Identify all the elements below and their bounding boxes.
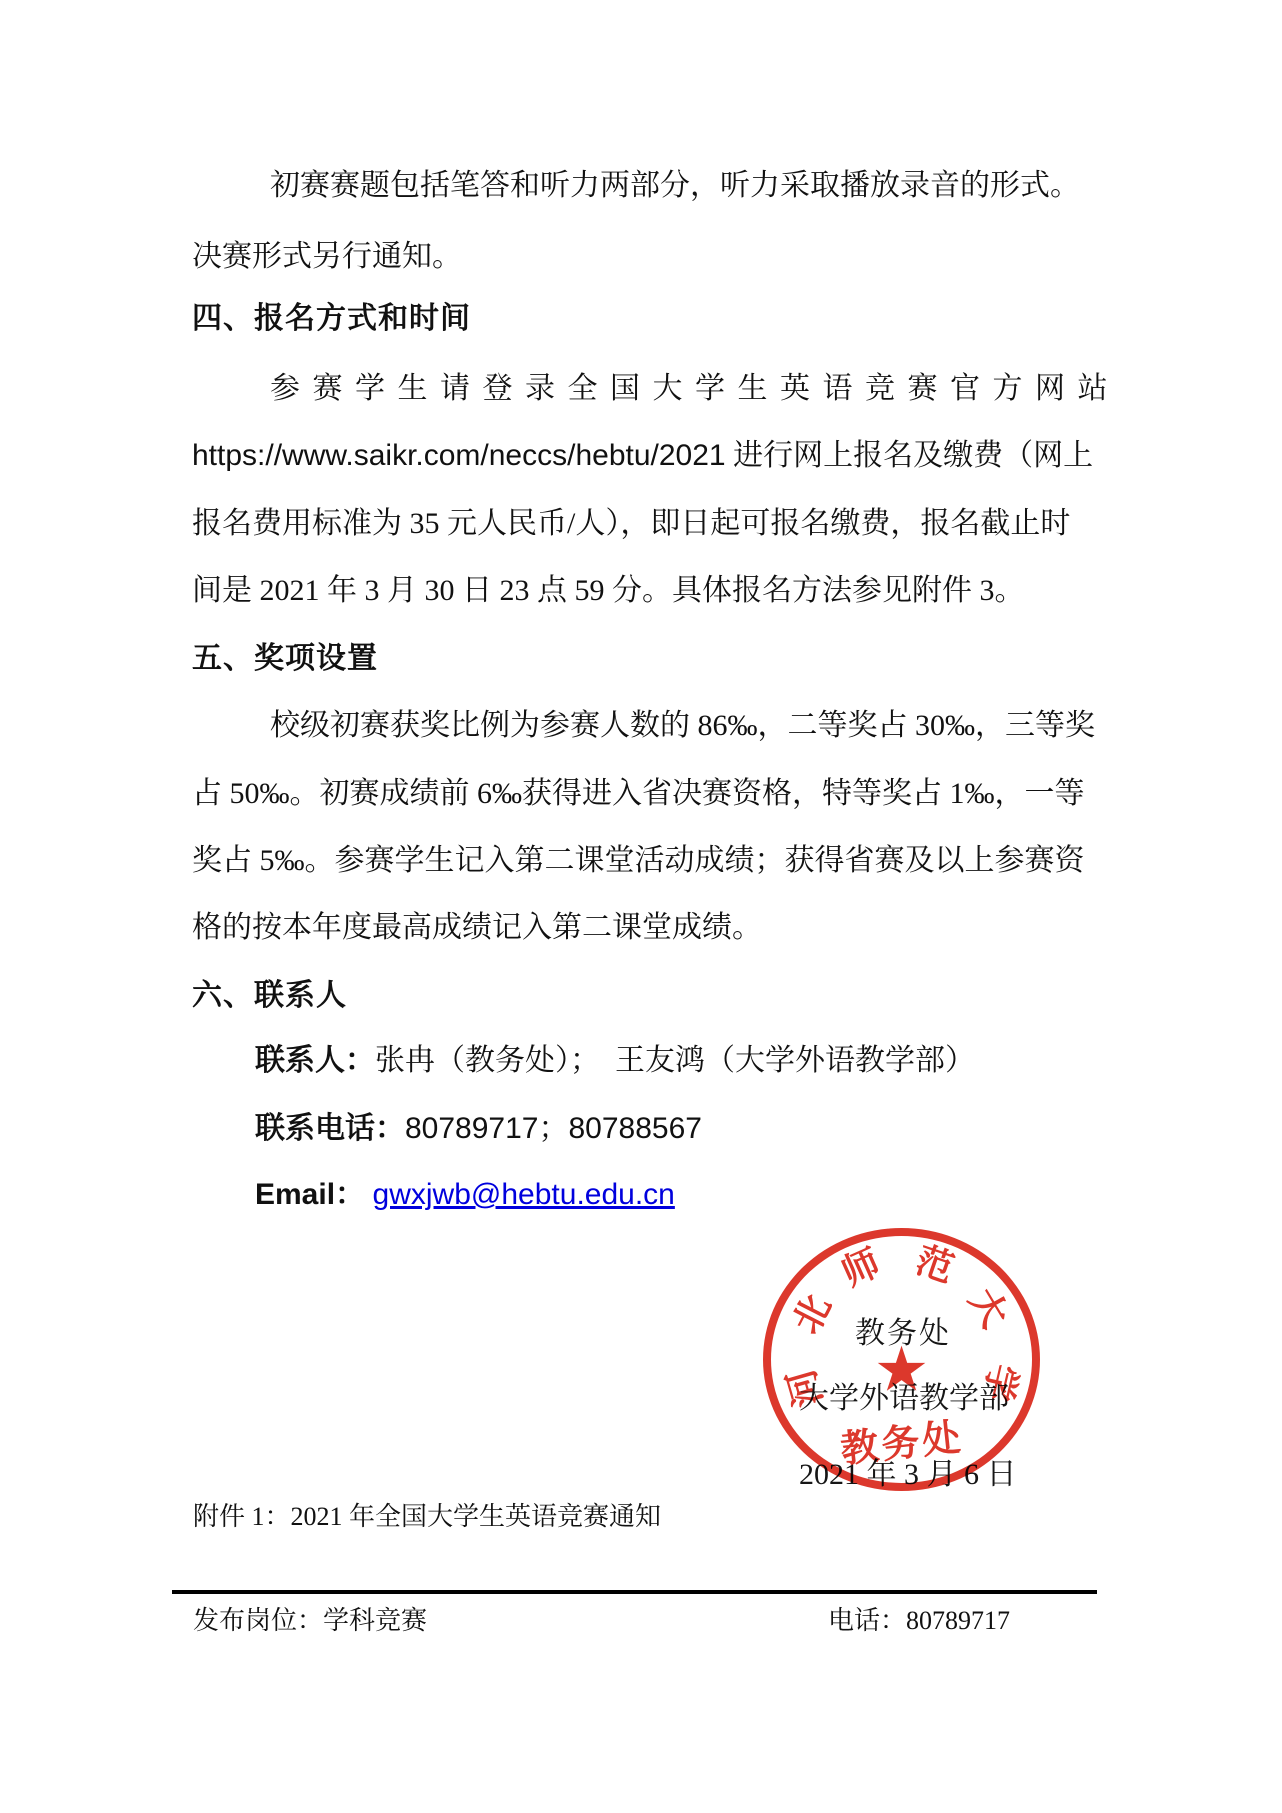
body-line: 占 50‰。初赛成绩前 6‰获得进入省决赛资格，特等奖占 1‰，一等 — [192, 777, 1085, 812]
section-heading-awards: 五、奖项设置 — [192, 642, 378, 677]
body-line: 间是 2021 年 3 月 30 日 23 点 59 分。具体报名方法参见附件 … — [192, 574, 1025, 609]
body-line: 决赛形式另行通知。 — [192, 240, 462, 275]
body-line: 参赛学生请登录全国大学生英语竞赛官方网站 — [270, 372, 1120, 407]
section-heading-registration: 四、报名方式和时间 — [192, 302, 471, 337]
body-line-url: https://www.saikr.com/neccs/hebtu/2021 进… — [192, 439, 1093, 474]
seal-star-icon: ★ — [874, 1338, 930, 1400]
body-line: 初赛赛题包括笔答和听力两部分，听力采取播放录音的形式。 — [270, 169, 1080, 204]
seal-arc-char: 河 — [782, 1364, 828, 1410]
attachment-line: 附件 1：2021 年全国大学生英语竞赛通知 — [193, 1502, 661, 1532]
contact-person-value: 张冉（教务处）； 王友鸿（大学外语教学部） — [375, 1044, 975, 1077]
seal-arc-char: 学 — [978, 1360, 1022, 1404]
official-seal: 河 北 师 范 大 学 ★ 教务处 — [763, 1228, 1040, 1491]
seal-arc-char: 北 — [787, 1289, 837, 1339]
footer-right: 电话：80789717 — [828, 1606, 1010, 1636]
seal-arc-char: 师 — [836, 1243, 885, 1292]
section-heading-contacts: 六、联系人 — [192, 979, 347, 1014]
contact-person-label: 联系人： — [255, 1044, 375, 1077]
contact-phone-value: 80789717；80788567 — [405, 1112, 702, 1145]
body-line: 报名费用标准为 35 元人民币/人），即日起可报名缴费，报名截止时 — [192, 507, 1070, 542]
body-line-fragment: 进行网上报名及缴费（网上 — [726, 439, 1094, 472]
body-line: 校级初赛获奖比例为参赛人数的 86‰，二等奖占 30‰，三等奖 — [270, 709, 1095, 744]
body-line: 格的按本年度最高成绩记入第二课堂成绩。 — [192, 911, 762, 946]
seal-arc-char: 范 — [911, 1240, 958, 1287]
seal-office-label: 教务处 — [838, 1418, 964, 1469]
contact-email-label: Email： — [255, 1178, 365, 1211]
document-page: 初赛赛题包括笔答和听力两部分，听力采取播放录音的形式。 决赛形式另行通知。 四、… — [0, 0, 1282, 1813]
seal-arc-char: 大 — [963, 1282, 1014, 1333]
body-line: 奖占 5‰。参赛学生记入第二课堂活动成绩；获得省赛及以上参赛资 — [192, 844, 1085, 879]
footer-left: 发布岗位：学科竞赛 — [193, 1606, 427, 1636]
contact-phone-line: 联系电话：80789717；80788567 — [255, 1112, 702, 1147]
footer-divider — [172, 1590, 1097, 1594]
contact-phone-label: 联系电话： — [255, 1112, 405, 1145]
contact-person-line: 联系人：张冉（教务处）； 王友鸿（大学外语教学部） — [255, 1044, 975, 1079]
registration-url: https://www.saikr.com/neccs/hebtu/2021 — [192, 439, 726, 472]
contact-email-line: Email： gwxjwb@hebtu.edu.cn — [255, 1178, 675, 1213]
email-link[interactable]: gwxjwb@hebtu.edu.cn — [373, 1178, 675, 1211]
